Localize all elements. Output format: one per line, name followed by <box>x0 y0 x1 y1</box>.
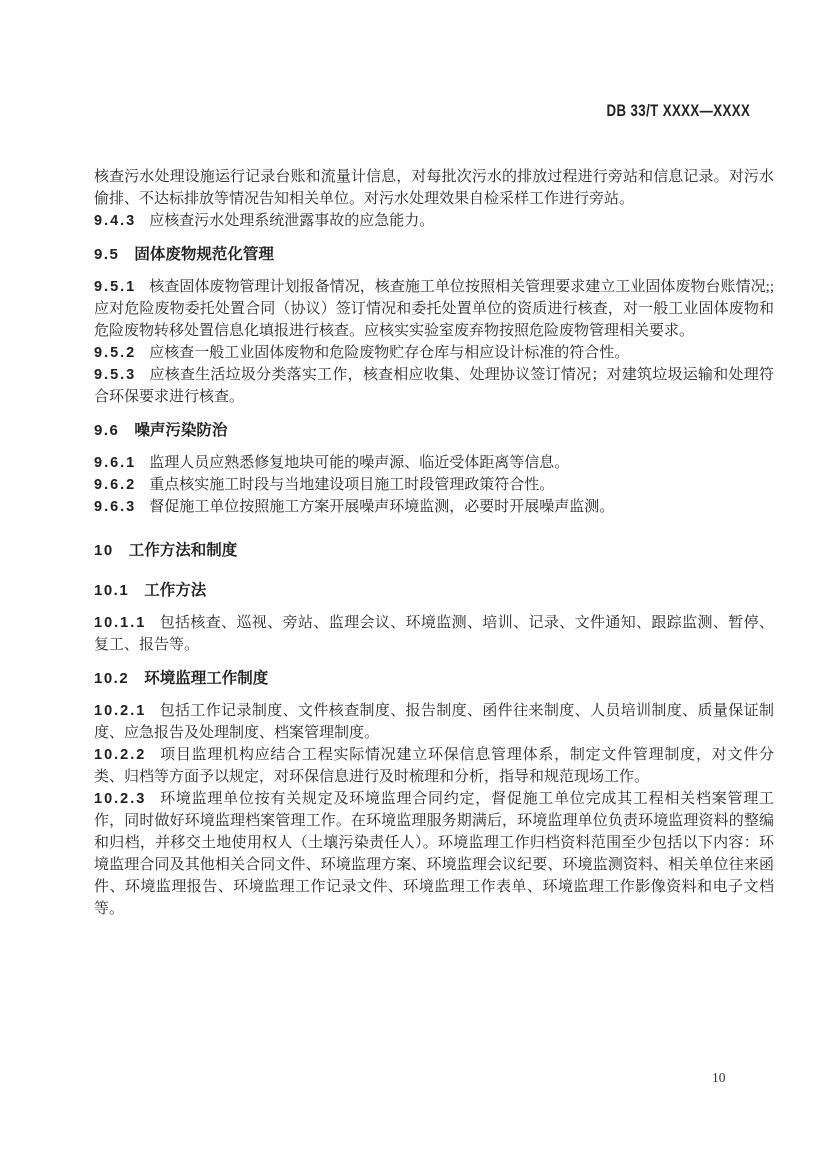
section-heading-9-5: 9.5固体废物规范化管理 <box>94 244 774 266</box>
heading-text: 工作方法 <box>144 582 206 599</box>
clause-number: 9.6.2 <box>94 477 136 493</box>
heading-number: 10 <box>94 542 114 559</box>
clause-number: 9.6.3 <box>94 499 136 515</box>
clause-text: 包括核查、巡视、旁站、监理会议、环境监测、培训、记录、文件通知、跟踪监测、暂停、… <box>94 615 774 653</box>
heading-number: 9.6 <box>94 422 119 439</box>
heading-number: 10.2 <box>94 670 129 687</box>
heading-text: 环境监理工作制度 <box>144 670 268 687</box>
clause-10-1-1: 10.1.1包括核查、巡视、旁站、监理会议、环境监测、培训、记录、文件通知、跟踪… <box>94 612 774 656</box>
clause-text: 环境监理单位按有关规定及环境监理合同约定，督促施工单位完成其工程相关档案管理工作… <box>94 791 774 917</box>
clause-number: 9.5.1 <box>94 279 136 295</box>
continuation-paragraph: 核查污水处理设施运行记录台账和流量计信息，对每批次污水的排放过程进行旁站和信息记… <box>94 166 774 210</box>
clause-10-2-3: 10.2.3环境监理单位按有关规定及环境监理合同约定，督促施工单位完成其工程相关… <box>94 788 774 920</box>
clause-text: 应核查污水处理系统泄露事故的应急能力。 <box>149 213 434 229</box>
page-number: 10 <box>712 1070 726 1086</box>
clause-text: 重点核实施工时段与当地建设项目施工时段管理政策符合性。 <box>149 477 554 493</box>
clause-9-4-3: 9.4.3应核查污水处理系统泄露事故的应急能力。 <box>94 210 774 232</box>
clause-text: 项目监理机构应结合工程实际情况建立环保信息管理体系，制定文件管理制度，对文件分类… <box>94 747 774 785</box>
heading-number: 9.5 <box>94 246 119 263</box>
clause-text: 核查固体废物管理计划报备情况，核查施工单位按照相关管理要求建立工业固体废物台账情… <box>94 279 774 339</box>
clause-9-6-3: 9.6.3督促施工单位按照施工方案开展噪声环境监测，必要时开展噪声监测。 <box>94 496 774 518</box>
section-heading-10-1: 10.1工作方法 <box>94 580 774 602</box>
clause-9-6-1: 9.6.1监理人员应熟悉修复地块可能的噪声源、临近受体距离等信息。 <box>94 452 774 474</box>
clause-text: 监理人员应熟悉修复地块可能的噪声源、临近受体距离等信息。 <box>149 455 569 471</box>
clause-text: 督促施工单位按照施工方案开展噪声环境监测，必要时开展噪声监测。 <box>149 499 614 515</box>
section-heading-9-6: 9.6噪声污染防治 <box>94 420 774 442</box>
document-body: 核查污水处理设施运行记录台账和流量计信息，对每批次污水的排放过程进行旁站和信息记… <box>94 166 774 920</box>
clause-number: 9.6.1 <box>94 455 136 471</box>
heading-text: 工作方法和制度 <box>129 542 238 559</box>
heading-text: 固体废物规范化管理 <box>134 246 274 263</box>
clause-text: 包括工作记录制度、文件核查制度、报告制度、函件往来制度、人员培训制度、质量保证制… <box>94 703 774 741</box>
clause-9-5-1: 9.5.1核查固体废物管理计划报备情况，核查施工单位按照相关管理要求建立工业固体… <box>94 276 774 342</box>
running-header: DB 33/T XXXX—XXXX <box>566 101 750 121</box>
heading-text: 噪声污染防治 <box>134 422 227 439</box>
section-heading-10-2: 10.2环境监理工作制度 <box>94 668 774 690</box>
clause-number: 10.2.3 <box>94 791 146 807</box>
clause-10-2-2: 10.2.2项目监理机构应结合工程实际情况建立环保信息管理体系，制定文件管理制度… <box>94 744 774 788</box>
clause-number: 9.5.3 <box>94 367 136 383</box>
clause-number: 10.2.1 <box>94 703 146 719</box>
clause-number: 9.4.3 <box>94 213 136 229</box>
clause-9-5-3: 9.5.3应核查生活垃圾分类落实工作，核查相应收集、处理协议签订情况；对建筑垃圾… <box>94 364 774 408</box>
clause-number: 10.2.2 <box>94 747 146 763</box>
clause-number: 9.5.2 <box>94 345 136 361</box>
document-page: DB 33/T XXXX—XXXX 核查污水处理设施运行记录台账和流量计信息，对… <box>0 0 826 1169</box>
clause-number: 10.1.1 <box>94 615 146 631</box>
clause-9-5-2: 9.5.2应核查一般工业固体废物和危险废物贮存仓库与相应设计标准的符合性。 <box>94 342 774 364</box>
clause-10-2-1: 10.2.1包括工作记录制度、文件核查制度、报告制度、函件往来制度、人员培训制度… <box>94 700 774 744</box>
clause-text: 应核查生活垃圾分类落实工作，核查相应收集、处理协议签订情况；对建筑垃圾运输和处理… <box>94 367 774 405</box>
heading-number: 10.1 <box>94 582 129 599</box>
clause-9-6-2: 9.6.2重点核实施工时段与当地建设项目施工时段管理政策符合性。 <box>94 474 774 496</box>
standard-code-label: DB 33/T XXXX—XXXX <box>606 101 750 121</box>
clause-text: 应核查一般工业固体废物和危险废物贮存仓库与相应设计标准的符合性。 <box>149 345 629 361</box>
chapter-heading-10: 10工作方法和制度 <box>94 540 774 562</box>
